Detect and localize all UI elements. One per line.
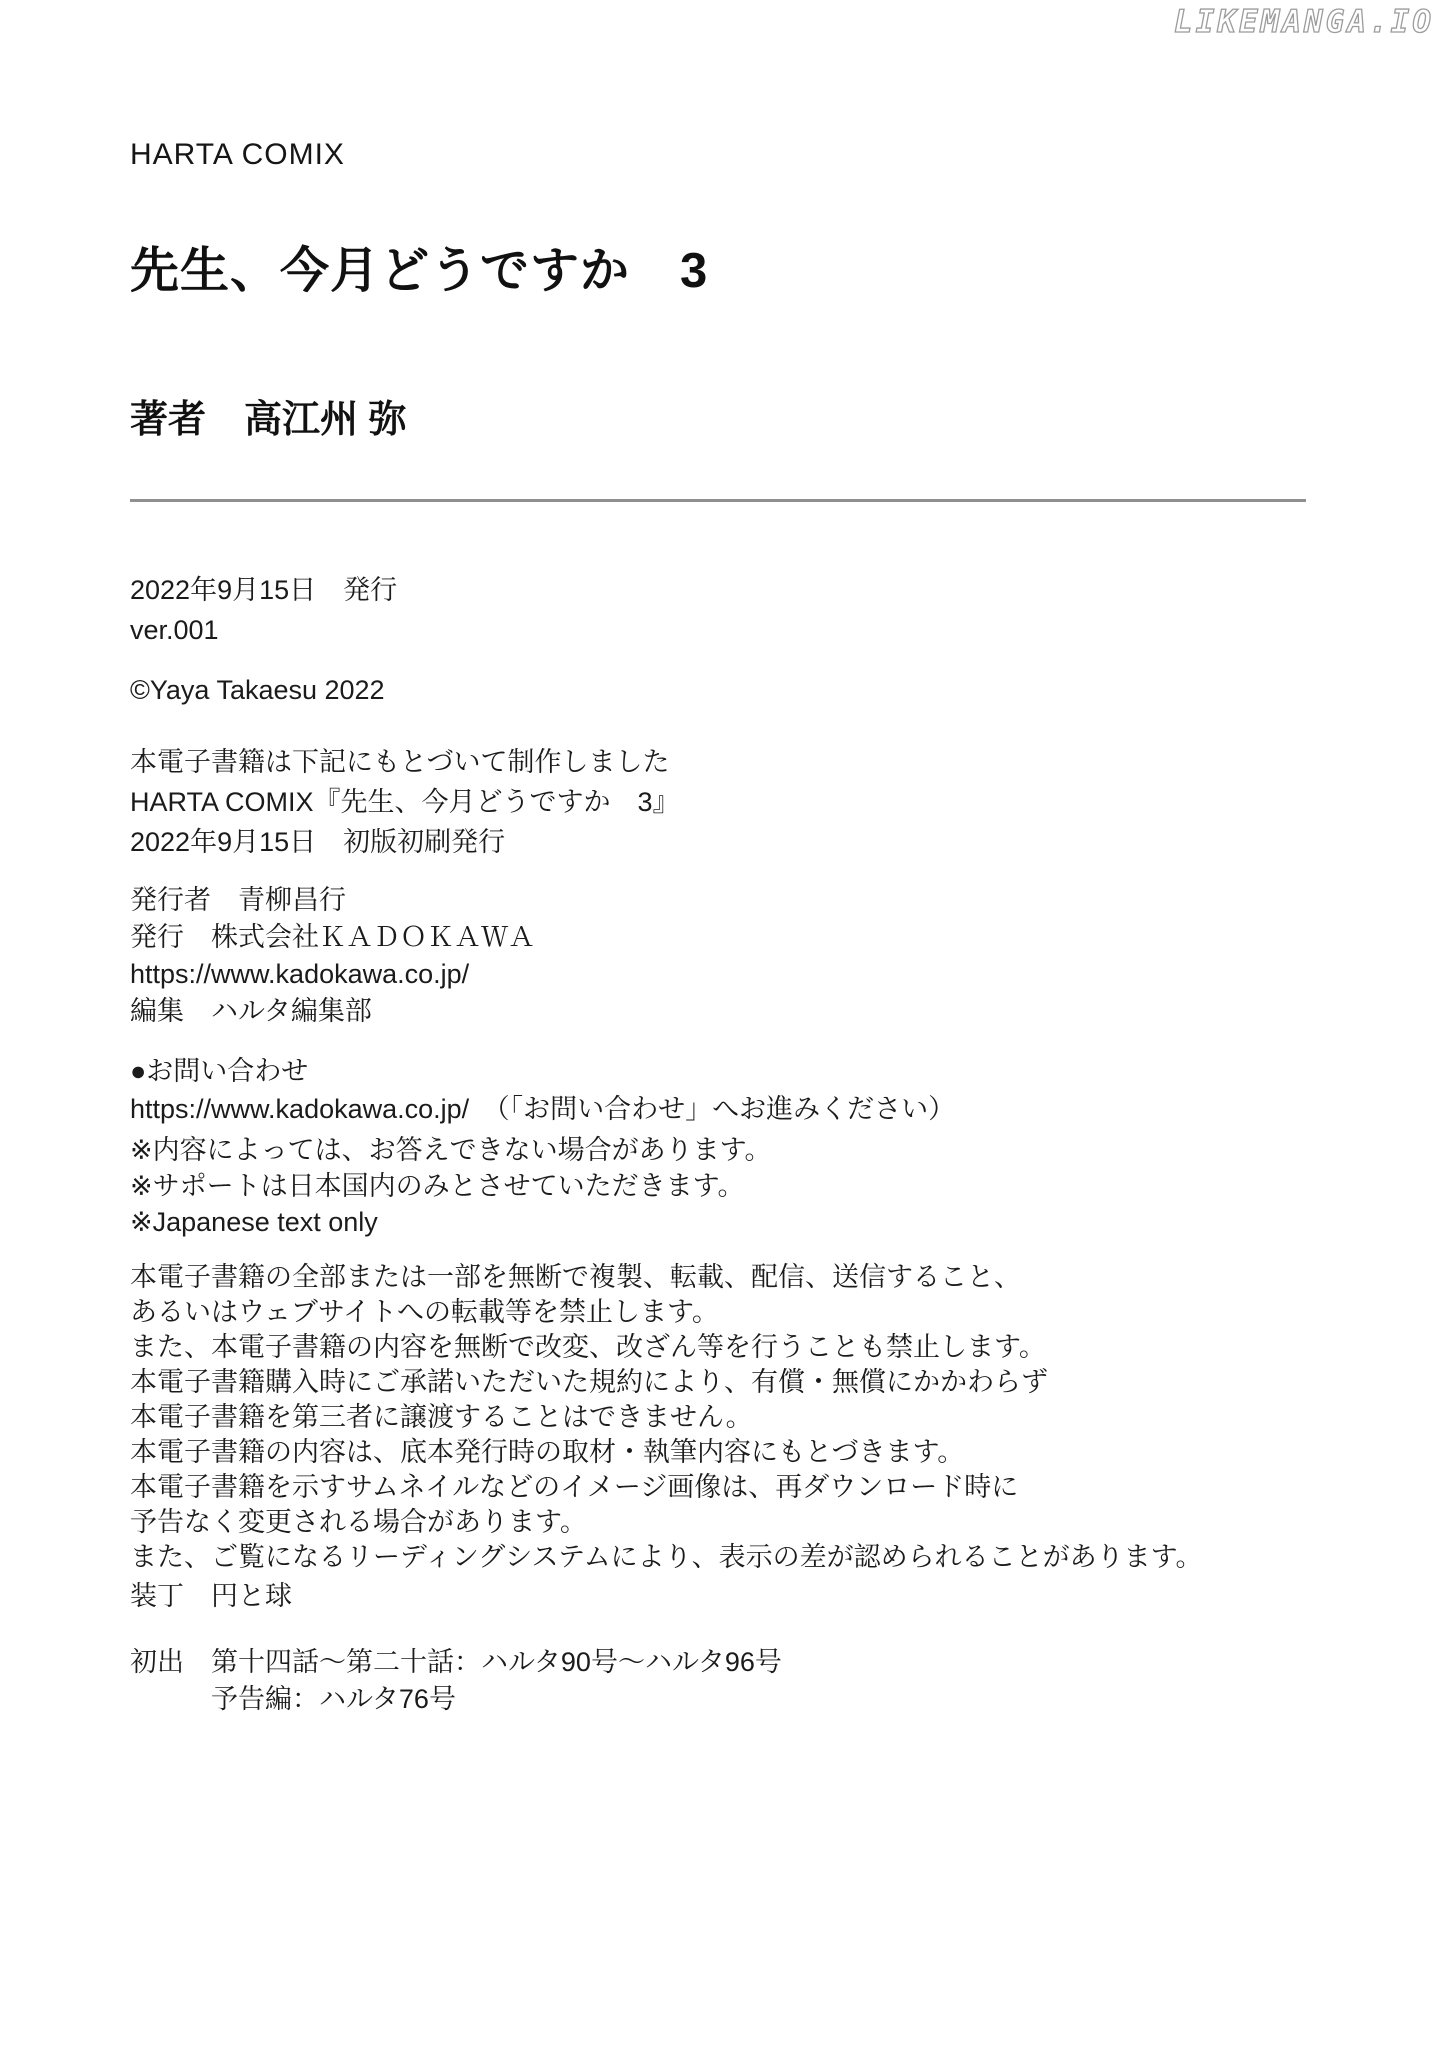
legal-line: 本電子書籍を示すサムネイルなどのイメージ画像は、再ダウンロード時に xyxy=(130,1470,1202,1505)
editing-label: 編集 xyxy=(130,993,184,1030)
legal-line: 本電子書籍を第三者に譲渡することはできません。 xyxy=(130,1400,1202,1435)
issuer-row: 発行者 青柳昌行 xyxy=(130,882,535,919)
publisher-block: 発行者 青柳昌行 発行 株式会社ＫＡＤＯＫＡＷＡ https://www.kad… xyxy=(130,882,535,1030)
notes-block: ※内容によっては、お答えできない場合があります。 ※サポートは日本国内のみとさせ… xyxy=(130,1132,771,1240)
copyright-block: ©Yaya Takaesu 2022 xyxy=(130,670,385,710)
publishing-label: 発行 xyxy=(130,919,184,956)
design-studio: 円と球 xyxy=(211,1578,292,1615)
source-note-block: 本電子書籍は下記にもとづいて制作しました HARTA COMIX『先生、今月どう… xyxy=(130,742,680,862)
legal-block: 本電子書籍の全部または一部を無断で複製、転載、配信、送信すること、 あるいはウェ… xyxy=(130,1260,1202,1575)
publishing-row: 発行 株式会社ＫＡＤＯＫＡＷＡ xyxy=(130,919,535,956)
first-publication-entries: 第十四話～第二十話：ハルタ90号～ハルタ96号 予告編：ハルタ76号 xyxy=(211,1644,782,1718)
author-row: 著者 高江州 弥 xyxy=(130,388,407,443)
first-publication-entry: 第十四話～第二十話：ハルタ90号～ハルタ96号 xyxy=(211,1644,782,1681)
first-publication-label: 初出 xyxy=(130,1644,184,1718)
first-publication-block: 初出 第十四話～第二十話：ハルタ90号～ハルタ96号 予告編：ハルタ76号 xyxy=(130,1644,782,1718)
author-label: 著者 xyxy=(130,388,206,443)
copyright-line: ©Yaya Takaesu 2022 xyxy=(130,670,385,710)
design-block: 装丁 円と球 xyxy=(130,1578,292,1615)
publisher-url: https://www.kadokawa.co.jp/ xyxy=(130,956,535,993)
legal-line: 本電子書籍購入時にご承諾いただいた規約により、有償・無償にかかわらず xyxy=(130,1365,1202,1400)
publishing-company: 株式会社ＫＡＤＯＫＡＷＡ xyxy=(211,919,535,956)
contact-heading: ●お問い合わせ xyxy=(130,1052,955,1090)
design-row: 装丁 円と球 xyxy=(130,1578,292,1615)
first-publication-row: 初出 第十四話～第二十話：ハルタ90号～ハルタ96号 予告編：ハルタ76号 xyxy=(130,1644,782,1718)
editing-department: ハルタ編集部 xyxy=(211,993,372,1030)
issue-date-line: 2022年9月15日 発行 xyxy=(130,570,397,610)
note-line: ※Japanese text only xyxy=(130,1204,771,1240)
legal-line: 本電子書籍の全部または一部を無断で複製、転載、配信、送信すること、 xyxy=(130,1260,1202,1295)
issuer-name: 青柳昌行 xyxy=(238,882,346,919)
edition-block: 2022年9月15日 発行 ver.001 xyxy=(130,570,397,650)
note-line: ※サポートは日本国内のみとさせていただきます。 xyxy=(130,1168,771,1204)
legal-line: また、ご覧になるリーディングシステムにより、表示の差が認められることがあります。 xyxy=(130,1540,1202,1575)
source-note-line: 本電子書籍は下記にもとづいて制作しました xyxy=(130,742,680,782)
imprint-label: HARTA COMIX xyxy=(130,138,345,172)
source-note-line: HARTA COMIX『先生、今月どうですか 3』 xyxy=(130,782,680,822)
site-watermark: LIKEMANGA.IO xyxy=(1174,4,1434,40)
legal-line: 本電子書籍の内容は、底本発行時の取材・執筆内容にもとづきます。 xyxy=(130,1435,1202,1470)
source-note-line: 2022年9月15日 初版初刷発行 xyxy=(130,822,680,862)
book-title: 先生、今月どうですか 3 xyxy=(130,232,708,302)
legal-line: あるいはウェブサイトへの転載等を禁止します。 xyxy=(130,1295,1202,1330)
legal-line: また、本電子書籍の内容を無断で改変、改ざん等を行うことも禁止します。 xyxy=(130,1330,1202,1365)
design-label: 装丁 xyxy=(130,1578,184,1615)
contact-block: ●お問い合わせ https://www.kadokawa.co.jp/ （「お問… xyxy=(130,1052,955,1128)
author-name: 高江州 弥 xyxy=(244,388,407,443)
version-line: ver.001 xyxy=(130,610,397,650)
colophon-page: LIKEMANGA.IO HARTA COMIX 先生、今月どうですか 3 著者… xyxy=(0,0,1440,2048)
editing-row: 編集 ハルタ編集部 xyxy=(130,993,535,1030)
contact-url-line: https://www.kadokawa.co.jp/ （「お問い合わせ」へお進… xyxy=(130,1090,955,1128)
first-publication-entry: 予告編：ハルタ76号 xyxy=(211,1681,782,1718)
legal-line: 予告なく変更される場合があります。 xyxy=(130,1505,1202,1540)
issuer-label: 発行者 xyxy=(130,882,211,919)
section-divider xyxy=(130,499,1306,502)
note-line: ※内容によっては、お答えできない場合があります。 xyxy=(130,1132,771,1168)
